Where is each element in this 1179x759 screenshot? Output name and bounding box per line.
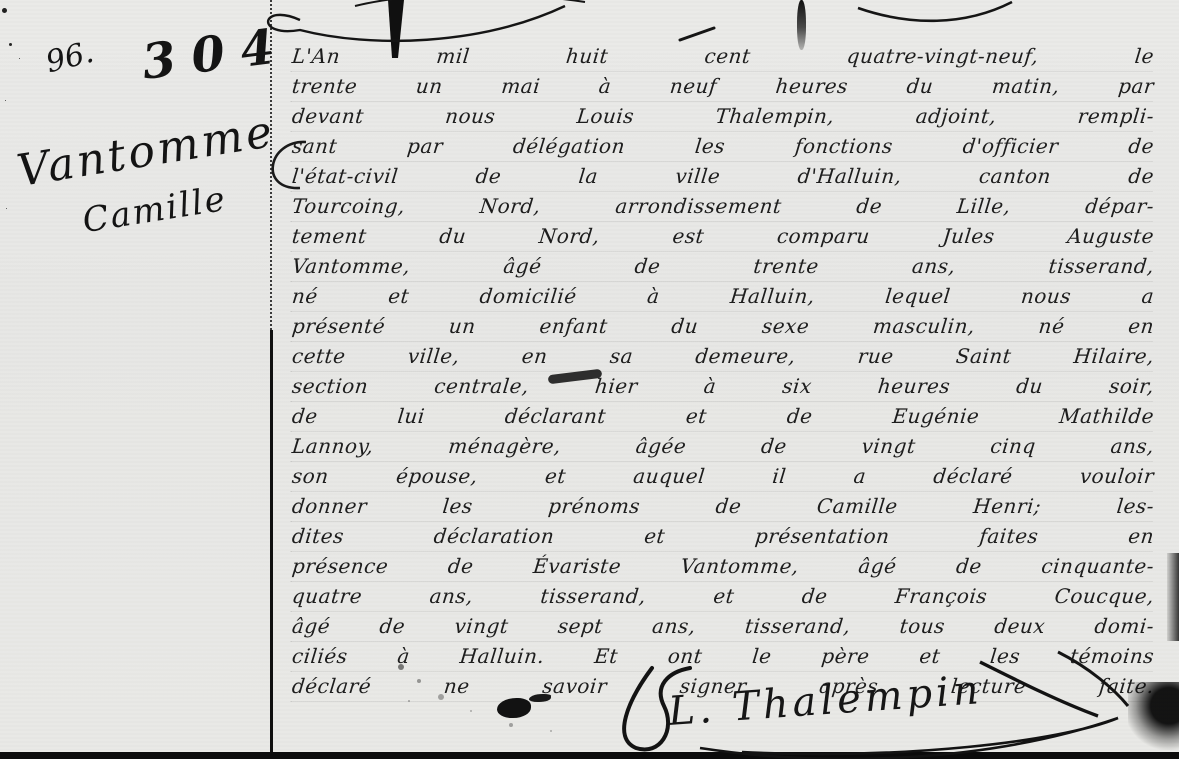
pen-flourishes bbox=[0, 0, 1179, 759]
flourish-thick-stroke bbox=[388, 0, 404, 58]
ink-speckles bbox=[398, 664, 404, 670]
signature-cross-stroke bbox=[980, 662, 1098, 716]
scan-edge-blob bbox=[1128, 682, 1179, 750]
flourish-capital-c bbox=[273, 142, 306, 188]
flourish-right-curve bbox=[858, 2, 1012, 21]
ink-dribble bbox=[797, 0, 806, 50]
flourish-descender bbox=[1058, 652, 1128, 706]
scan-edge-smudge bbox=[1167, 553, 1179, 641]
flourish-dash bbox=[680, 28, 714, 40]
edge-specks bbox=[2, 8, 7, 13]
scanned-register-page: 96. 304 Vantomme Camille L'An mil huit c… bbox=[0, 0, 1179, 759]
flourish-top-curve bbox=[268, 6, 565, 41]
